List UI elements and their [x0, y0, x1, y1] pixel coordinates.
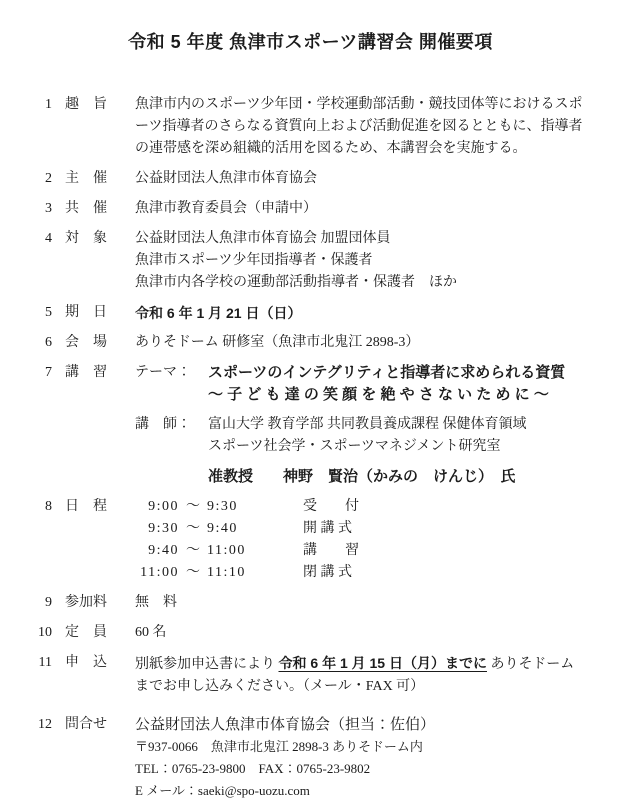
fee-line: 無 料	[135, 592, 177, 614]
schedule-row: 9:00 ～ 9:30 受 付	[135, 496, 359, 518]
theme-label: テーマ：	[135, 362, 208, 384]
purpose-text: 魚津市内のスポーツ少年団・学校運動部活動・競技団体等におけるスポ ーツ指導者のさ…	[135, 94, 582, 160]
contact-block: 公益財団法人魚津市体育協会（担当：佐伯） 〒937-0066 魚津市北鬼江 28…	[135, 714, 435, 802]
event-date: 令和 6 年 1 月 21 日（日）	[135, 302, 301, 324]
time-start: 9:00	[135, 496, 179, 518]
item-contact: 12 問合せ 公益財団法人魚津市体育協会（担当：佐伯） 〒937-0066 魚津…	[0, 714, 621, 802]
time-separator: ～	[186, 496, 200, 518]
item-label-application: 申 込	[65, 652, 113, 674]
time-start: 9:40	[135, 540, 179, 562]
organizer-text: 公益財団法人魚津市体育協会	[135, 168, 317, 190]
document-page: 令和 5 年度 魚津市スポーツ講習会 開催要項 1 趣 旨 魚津市内のスポーツ少…	[0, 0, 621, 805]
item-label-purpose: 趣 旨	[65, 94, 113, 116]
item-number: 7	[36, 362, 52, 384]
target-text: 公益財団法人魚津市体育協会 加盟団体員 魚津市スポーツ少年団指導者・保護者 魚津…	[135, 228, 457, 294]
item-application: 11 申 込 別紙参加申込書により 令和 6 年 1 月 15 日（月）までに …	[0, 652, 621, 698]
organizer-line: 公益財団法人魚津市体育協会	[135, 168, 317, 190]
item-number: 8	[36, 496, 52, 518]
contact-address: 〒937-0066 魚津市北鬼江 2898-3 ありそドーム内	[135, 736, 435, 758]
spacer	[135, 436, 208, 458]
cosponsor-line: 魚津市教育委員会（申請中）	[135, 198, 317, 220]
item-label-target: 対 象	[65, 228, 113, 250]
target-line: 魚津市スポーツ少年団指導者・保護者	[135, 250, 457, 272]
item-number: 3	[36, 198, 52, 220]
schedule-activity: 受 付	[303, 496, 359, 518]
fee-text: 無 料	[135, 592, 177, 614]
item-label-contact: 問合せ	[65, 714, 113, 736]
item-number: 10	[36, 622, 52, 644]
application-pre: 別紙参加申込書により	[135, 657, 279, 672]
capacity-line: 60 名	[135, 622, 167, 644]
lecturer-lab: スポーツ社会学・スポーツマネジメント研究室	[208, 436, 500, 458]
item-fee: 9 参加料 無 料	[0, 592, 621, 614]
spacer	[135, 406, 565, 414]
theme-row: テーマ： スポーツのインテグリティと指導者に求められる資質	[135, 362, 565, 384]
item-number: 6	[36, 332, 52, 354]
capacity-text: 60 名	[135, 622, 167, 644]
time-separator: ～	[186, 518, 200, 540]
lecturer-name: 准教授 神野 賢治（かみの けんじ） 氏	[135, 466, 565, 488]
application-post: ありそドーム	[487, 657, 574, 672]
lecturer-label: 講 師：	[135, 414, 208, 436]
schedule-row: 9:40 ～ 11:00 講 習	[135, 540, 359, 562]
item-schedule: 8 日 程 9:00 ～ 9:30 受 付 9:30 ～ 9:40 開 講 式 …	[0, 496, 621, 584]
time-end: 9:30	[207, 496, 263, 518]
item-label-date: 期 日	[65, 302, 113, 324]
target-line: 魚津市内各学校の運動部活動指導者・保護者 ほか	[135, 272, 457, 294]
cosponsor-text: 魚津市教育委員会（申請中）	[135, 198, 317, 220]
time-end: 11:00	[207, 540, 263, 562]
item-target: 4 対 象 公益財団法人魚津市体育協会 加盟団体員 魚津市スポーツ少年団指導者・…	[0, 228, 621, 294]
contact-email: E メール：saeki@spo-uozu.com	[135, 780, 435, 802]
item-number: 5	[36, 302, 52, 324]
item-label-lecture: 講 習	[65, 362, 113, 384]
application-line2: までお申し込みください。（メール・FAX 可）	[135, 676, 574, 698]
schedule-activity: 講 習	[303, 540, 359, 562]
item-capacity: 10 定 員 60 名	[0, 622, 621, 644]
date-text: 令和 6 年 1 月 21 日（日）	[135, 302, 301, 324]
purpose-line: の連帯感を深め組織的活用を図るため、本講習会を実施する。	[135, 138, 582, 160]
spacer	[135, 458, 565, 466]
lecturer-row2: スポーツ社会学・スポーツマネジメント研究室	[135, 436, 565, 458]
item-label-fee: 参加料	[65, 592, 113, 614]
application-text: 別紙参加申込書により 令和 6 年 1 月 15 日（月）までに ありそドーム …	[135, 652, 574, 698]
item-venue: 6 会 場 ありそドーム 研修室（魚津市北鬼江 2898-3）	[0, 332, 621, 354]
lecturer-affiliation: 富山大学 教育学部 共同教員養成課程 保健体育領域	[208, 414, 527, 436]
schedule-activity: 開 講 式	[303, 518, 352, 540]
item-date: 5 期 日 令和 6 年 1 月 21 日（日）	[0, 302, 621, 324]
lecture-block: テーマ： スポーツのインテグリティと指導者に求められる資質 ～ 子 ど も 達 …	[135, 362, 565, 488]
schedule-activity: 閉 講 式	[303, 562, 352, 584]
theme-title: スポーツのインテグリティと指導者に求められる資質	[208, 362, 565, 384]
item-label-cosponsor: 共 催	[65, 198, 113, 220]
schedule-table: 9:00 ～ 9:30 受 付 9:30 ～ 9:40 開 講 式 9:40 ～…	[135, 496, 359, 584]
item-label-venue: 会 場	[65, 332, 113, 354]
purpose-line: 魚津市内のスポーツ少年団・学校運動部活動・競技団体等におけるスポ	[135, 94, 582, 116]
time-start: 9:30	[135, 518, 179, 540]
time-end: 11:10	[207, 562, 263, 584]
purpose-line: ーツ指導者のさらなる資質向上および活動促進を図るとともに、指導者	[135, 116, 582, 138]
item-label-organizer: 主 催	[65, 168, 113, 190]
spacer	[135, 384, 208, 406]
item-purpose: 1 趣 旨 魚津市内のスポーツ少年団・学校運動部活動・競技団体等におけるスポ ー…	[0, 94, 621, 160]
item-lecture: 7 講 習 テーマ： スポーツのインテグリティと指導者に求められる資質 ～ 子 …	[0, 362, 621, 488]
item-number: 11	[36, 652, 52, 674]
lecturer-row: 講 師： 富山大学 教育学部 共同教員養成課程 保健体育領域	[135, 414, 565, 436]
item-label-capacity: 定 員	[65, 622, 113, 644]
schedule-row: 9:30 ～ 9:40 開 講 式	[135, 518, 359, 540]
time-end: 9:40	[207, 518, 263, 540]
item-number: 4	[36, 228, 52, 250]
time-separator: ～	[186, 540, 200, 562]
theme-subtitle: ～ 子 ど も 達 の 笑 顔 を 絶 や さ な い た め に ～	[208, 384, 549, 406]
item-organizer: 2 主 催 公益財団法人魚津市体育協会	[0, 168, 621, 190]
target-line: 公益財団法人魚津市体育協会 加盟団体員	[135, 228, 457, 250]
venue-line: ありそドーム 研修室（魚津市北鬼江 2898-3）	[135, 332, 419, 354]
item-label-schedule: 日 程	[65, 496, 113, 518]
item-number: 9	[36, 592, 52, 614]
contact-tel-fax: TEL：0765-23-9800 FAX：0765-23-9802	[135, 758, 435, 780]
item-cosponsor: 3 共 催 魚津市教育委員会（申請中）	[0, 198, 621, 220]
application-line1: 別紙参加申込書により 令和 6 年 1 月 15 日（月）までに ありそドーム	[135, 652, 574, 676]
item-number: 1	[36, 94, 52, 116]
theme-subtitle-row: ～ 子 ど も 達 の 笑 顔 を 絶 や さ な い た め に ～	[135, 384, 565, 406]
item-number: 12	[36, 714, 52, 736]
application-deadline: 令和 6 年 1 月 15 日（月）までに	[279, 655, 487, 671]
time-separator: ～	[186, 562, 200, 584]
venue-text: ありそドーム 研修室（魚津市北鬼江 2898-3）	[135, 332, 419, 354]
schedule-row: 11:00 ～ 11:10 閉 講 式	[135, 562, 359, 584]
time-start: 11:00	[135, 562, 179, 584]
contact-organization: 公益財団法人魚津市体育協会（担当：佐伯）	[135, 714, 435, 736]
page-title: 令和 5 年度 魚津市スポーツ講習会 開催要項	[0, 30, 621, 54]
item-number: 2	[36, 168, 52, 190]
